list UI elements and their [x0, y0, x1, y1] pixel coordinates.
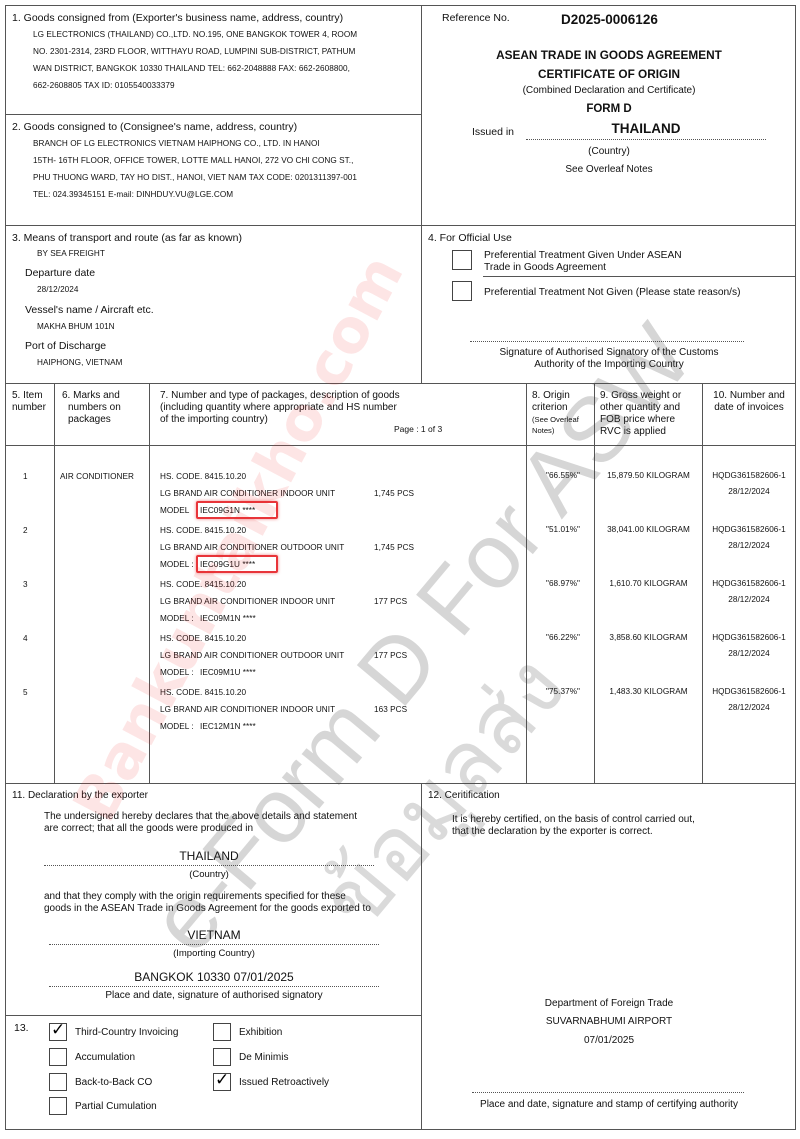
- checkbox-label: Partial Cumulation: [75, 1100, 157, 1113]
- model-highlight-box: [196, 555, 278, 573]
- place-caption: Place and date, signature of authorised …: [49, 989, 379, 1002]
- col6-header-3: packages: [68, 414, 111, 426]
- place-dotted-line: [49, 986, 379, 987]
- vessel-name: MAKHA BHUM 101N: [37, 322, 115, 332]
- exporter-line-4: 662-2608805 TAX ID: 0105540033379: [33, 81, 175, 91]
- gross-weight: 1,483.30 KILOGRAM: [595, 687, 702, 697]
- declaration-text-2: are correct; that all the goods were pro…: [44, 823, 253, 835]
- model-prefix: MODEL :: [160, 722, 194, 732]
- exporter-place-date: BANGKOK 10330 07/01/2025: [49, 971, 379, 984]
- producing-country: THAILAND: [44, 850, 374, 863]
- checkbox-issued-retroactively[interactable]: ✓: [213, 1073, 231, 1091]
- box4-official-use: 4. For Official Use Preferential Treatme…: [421, 225, 795, 383]
- origin-criterion: "75.37%": [532, 687, 594, 697]
- col9-header-1: 9. Gross weight or: [600, 390, 681, 402]
- declaration-text-3: and that they comply with the origin req…: [44, 891, 346, 903]
- model-prefix: MODEL: [160, 506, 189, 516]
- header-divider: [6, 445, 795, 446]
- customs-signature-line: [470, 341, 744, 342]
- transport-mode: BY SEA FREIGHT: [37, 249, 105, 259]
- invoice-number: HQDG361582606-1: [703, 525, 795, 535]
- box13-options: 13. ✓Third-Country InvoicingAccumulation…: [6, 1015, 421, 1129]
- box1-label: 1. Goods consigned from (Exporter's busi…: [12, 12, 343, 25]
- invoice-number: HQDG361582606-1: [703, 471, 795, 481]
- model-number: IEC09M1N ****: [200, 614, 256, 624]
- box4-divider: [483, 276, 795, 277]
- checkbox-label: Accumulation: [75, 1051, 135, 1064]
- customs-signature-line2: Authority of the Importing Country: [422, 359, 796, 371]
- goods-description: LG BRAND AIR CONDITIONER INDOOR UNIT: [160, 489, 335, 499]
- consignee-line-3: PHU THUONG WARD, TAY HO DIST., HANOI, VI…: [33, 173, 357, 183]
- quantity: 177 PCS: [374, 597, 407, 607]
- hs-code: HS. CODE. 8415.10.20: [160, 472, 246, 482]
- item-number: 4: [23, 634, 28, 644]
- checkbox-exhibition[interactable]: [213, 1023, 231, 1041]
- check-mark-icon: ✓: [215, 1070, 229, 1090]
- port-label: Port of Discharge: [25, 340, 106, 353]
- box13-label: 13.: [14, 1022, 29, 1035]
- certification-text-2: that the declaration by the exporter is …: [452, 826, 653, 838]
- quantity: 1,745 PCS: [374, 489, 414, 499]
- item-number: 1: [23, 472, 28, 482]
- quantity: 177 PCS: [374, 651, 407, 661]
- departure-date: 28/12/2024: [37, 285, 78, 295]
- subtitle: (Combined Declaration and Certificate): [422, 84, 796, 97]
- overleaf-notes: See Overleaf Notes: [422, 163, 796, 176]
- hs-code: HS. CODE. 8415.10.20: [160, 688, 246, 698]
- preferential-given-checkbox[interactable]: [452, 250, 472, 270]
- model-highlight-box: [196, 501, 278, 519]
- col10-header-1: 10. Number and: [703, 390, 795, 402]
- invoice-date: 28/12/2024: [703, 487, 795, 497]
- certifying-signature-line: [472, 1092, 744, 1093]
- col5-header-2: number: [12, 402, 46, 414]
- goods-table: 5. Item number 6. Marks and numbers on p…: [6, 383, 795, 783]
- consignee-line-2: 15TH- 16TH FLOOR, OFFICE TOWER, LOTTE MA…: [33, 156, 353, 166]
- box3-label: 3. Means of transport and route (as far …: [12, 232, 242, 245]
- reference-label: Reference No.: [442, 12, 510, 25]
- certification-text-1: It is hereby certified, on the basis of …: [452, 814, 695, 826]
- col8-header-1: 8. Origin: [532, 390, 570, 402]
- vessel-label: Vessel's name / Aircraft etc.: [25, 304, 154, 317]
- col-divider: [54, 384, 55, 783]
- goods-description: LG BRAND AIR CONDITIONER INDOOR UNIT: [160, 705, 335, 715]
- invoice-date: 28/12/2024: [703, 649, 795, 659]
- model-number: IEC09M1U ****: [200, 668, 256, 678]
- checkbox-partial-cumulation[interactable]: [49, 1097, 67, 1115]
- exporter-line-1: LG ELECTRONICS (THAILAND) CO.,LTD. NO.19…: [33, 30, 357, 40]
- hs-code: HS. CODE. 8415.10.20: [160, 634, 246, 644]
- checkbox-de-minimis[interactable]: [213, 1048, 231, 1066]
- box1-exporter: 1. Goods consigned from (Exporter's busi…: [6, 6, 421, 114]
- quantity: 1,745 PCS: [374, 543, 414, 553]
- col7-header-2: (including quantity where appropriate an…: [160, 402, 397, 414]
- issued-in-label: Issued in: [472, 126, 514, 139]
- col-divider: [526, 384, 527, 783]
- col9-header-3: FOB price where: [600, 414, 675, 426]
- title-certificate: CERTIFICATE OF ORIGIN: [422, 68, 796, 81]
- certifying-authority: Department of Foreign Trade: [422, 997, 796, 1010]
- goods-description: LG BRAND AIR CONDITIONER INDOOR UNIT: [160, 597, 335, 607]
- col7-header-3: of the importing country): [160, 414, 268, 426]
- col5-header-1: 5. Item: [12, 390, 43, 402]
- origin-criterion: "51.01%": [532, 525, 594, 535]
- col6-header-2: numbers on: [68, 402, 121, 414]
- country-caption: (Country): [422, 145, 796, 158]
- invoice-number: HQDG361582606-1: [703, 687, 795, 697]
- model-prefix: MODEL :: [160, 560, 194, 570]
- origin-criterion: "66.22%": [532, 633, 594, 643]
- issued-in-dotted-line: [526, 139, 766, 140]
- hs-code: HS. CODE. 8415.10.20: [160, 580, 246, 590]
- customs-signature-line1: Signature of Authorised Signatory of the…: [422, 347, 796, 359]
- gross-weight: 1,610.70 KILOGRAM: [595, 579, 702, 589]
- invoice-number: HQDG361582606-1: [703, 633, 795, 643]
- checkbox-label: Exhibition: [239, 1026, 282, 1039]
- preferential-not-given-label: Preferential Treatment Not Given (Please…: [484, 286, 741, 299]
- declaration-text-4: goods in the ASEAN Trade in Goods Agreem…: [44, 903, 371, 915]
- preferential-given-line1: Preferential Treatment Given Under ASEAN: [484, 250, 682, 262]
- invoice-date: 28/12/2024: [703, 595, 795, 605]
- origin-criterion: "66.55%": [532, 471, 594, 481]
- header-panel: Reference No. D2025-0006126 ASEAN TRADE …: [421, 6, 795, 225]
- gross-weight: 38,041.00 KILOGRAM: [595, 525, 702, 535]
- box11-label: 11. Declaration by the exporter: [12, 789, 148, 802]
- col7-header-1: 7. Number and type of packages, descript…: [160, 390, 400, 402]
- model-number: IEC12M1N ****: [200, 722, 256, 732]
- col9-header-4: RVC is applied: [600, 426, 666, 438]
- exporter-line-2: NO. 2301-2314, 23RD FLOOR, WITTHAYU ROAD…: [33, 47, 355, 57]
- item-number: 3: [23, 580, 28, 590]
- page-indicator: Page : 1 of 3: [394, 423, 442, 435]
- goods-description: LG BRAND AIR CONDITIONER OUTDOOR UNIT: [160, 543, 344, 553]
- origin-criterion: "68.97%": [532, 579, 594, 589]
- invoice-date: 28/12/2024: [703, 541, 795, 551]
- certifying-caption: Place and date, signature and stamp of c…: [422, 1098, 796, 1111]
- hs-code: HS. CODE. 8415.10.20: [160, 526, 246, 536]
- checkbox-back-to-back-co[interactable]: [49, 1073, 67, 1091]
- consignee-line-1: BRANCH OF LG ELECTRONICS VIETNAM HAIPHON…: [33, 139, 320, 149]
- checkbox-label: Back-to-Back CO: [75, 1076, 152, 1089]
- certification-date: 07/01/2025: [422, 1034, 796, 1047]
- goods-description: LG BRAND AIR CONDITIONER OUTDOOR UNIT: [160, 651, 344, 661]
- title-agreement: ASEAN TRADE IN GOODS AGREEMENT: [422, 49, 796, 62]
- col10-header-2: date of invoices: [703, 402, 795, 414]
- consignee-line-4: TEL: 024.39345151 E-mail: DINHDUY.VU@LGE…: [33, 190, 233, 200]
- preferential-not-given-checkbox[interactable]: [452, 281, 472, 301]
- certificate-of-origin-form: 1. Goods consigned from (Exporter's busi…: [5, 5, 796, 1130]
- port-of-discharge: HAIPHONG, VIETNAM: [37, 358, 122, 368]
- item-number: 2: [23, 526, 28, 536]
- box2-label: 2. Goods consigned to (Consignee's name,…: [12, 121, 297, 134]
- gross-weight: 15,879.50 KILOGRAM: [595, 471, 702, 481]
- marks-and-numbers: AIR CONDITIONER: [60, 472, 134, 482]
- box12-certification: 12. Ceritification It is hereby certifie…: [421, 783, 795, 1129]
- country-dotted-line: [44, 865, 374, 866]
- reference-number: D2025-0006126: [561, 13, 658, 26]
- item-number: 5: [23, 688, 28, 698]
- country-caption: (Country): [44, 868, 374, 881]
- issued-in-country: THAILAND: [526, 122, 766, 135]
- col6-header-1: 6. Marks and: [62, 390, 120, 402]
- box4-label: 4. For Official Use: [428, 232, 512, 245]
- quantity: 163 PCS: [374, 705, 407, 715]
- box12-label: 12. Ceritification: [428, 789, 500, 802]
- model-prefix: MODEL :: [160, 668, 194, 678]
- importing-country: VIETNAM: [49, 929, 379, 942]
- gross-weight: 3,858.60 KILOGRAM: [595, 633, 702, 643]
- departure-label: Departure date: [25, 267, 95, 280]
- check-mark-icon: ✓: [51, 1020, 65, 1040]
- box2-consignee: 2. Goods consigned to (Consignee's name,…: [6, 114, 421, 225]
- form-title: FORM D: [422, 103, 796, 116]
- preferential-given-line2: Trade in Goods Agreement: [484, 262, 606, 274]
- col8-header-2: criterion: [532, 402, 568, 414]
- checkbox-label: Third-Country Invoicing: [75, 1026, 178, 1039]
- model-prefix: MODEL :: [160, 614, 194, 624]
- col9-header-2: other quantity and: [600, 402, 680, 414]
- col-divider: [149, 384, 150, 783]
- col8-header-3: (See Overleaf: [532, 415, 579, 425]
- invoice-date: 28/12/2024: [703, 703, 795, 713]
- checkbox-label: Issued Retroactively: [239, 1076, 329, 1089]
- checkbox-third-country-invoicing[interactable]: ✓: [49, 1023, 67, 1041]
- box3-transport: 3. Means of transport and route (as far …: [6, 225, 421, 383]
- checkbox-label: De Minimis: [239, 1051, 288, 1064]
- importing-caption: (Importing Country): [49, 947, 379, 960]
- declaration-text-1: The undersigned hereby declares that the…: [44, 811, 357, 823]
- col8-header-4: Notes): [532, 426, 554, 436]
- importing-dotted-line: [49, 944, 379, 945]
- box11-declaration: 11. Declaration by the exporter The unde…: [6, 783, 421, 1015]
- checkbox-accumulation[interactable]: [49, 1048, 67, 1066]
- invoice-number: HQDG361582606-1: [703, 579, 795, 589]
- exporter-line-3: WAN DISTRICT, BANGKOK 10330 THAILAND TEL…: [33, 64, 350, 74]
- certifying-office: SUVARNABHUMI AIRPORT: [422, 1015, 796, 1028]
